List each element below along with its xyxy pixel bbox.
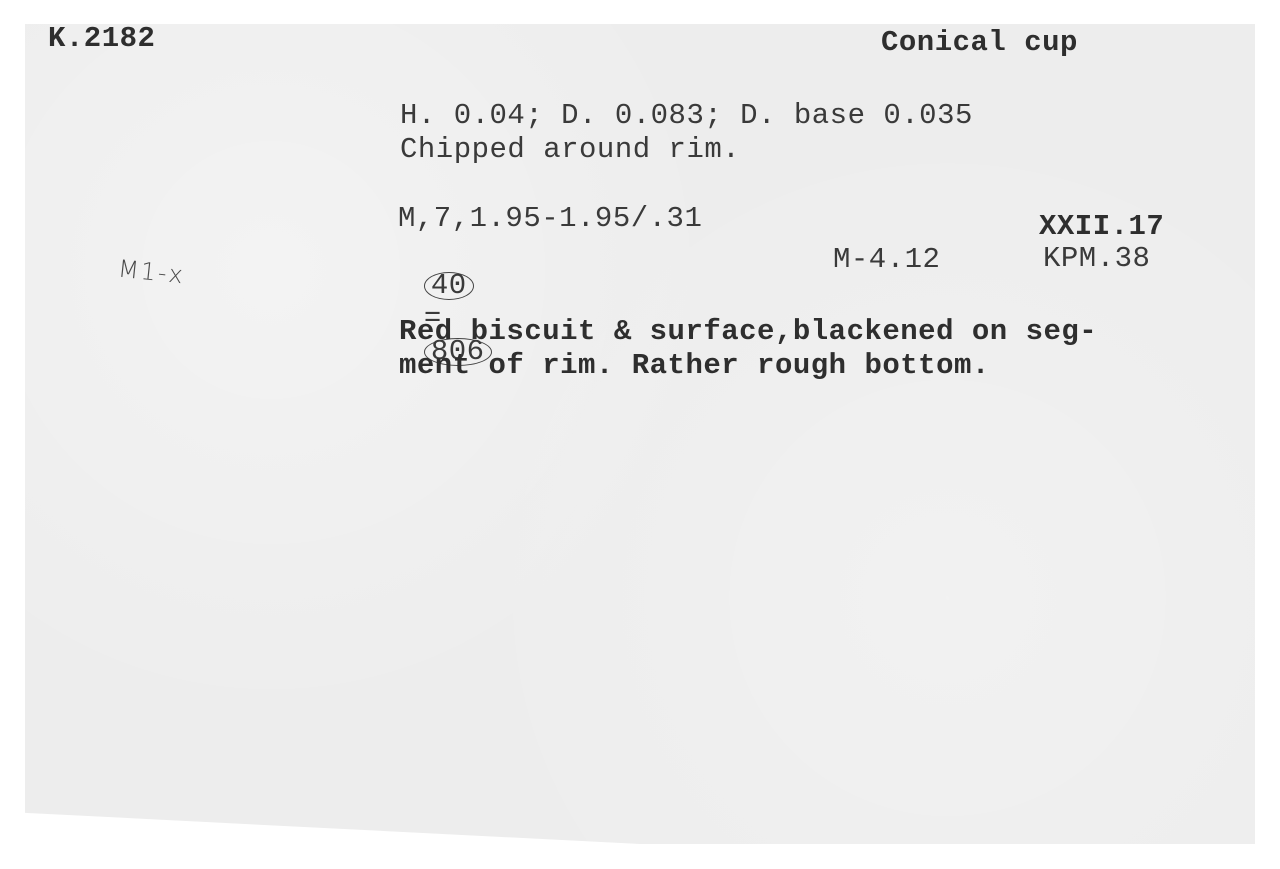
- dimensions: H. 0.04; D. 0.083; D. base 0.035: [400, 99, 973, 132]
- context-code: M-4.12: [833, 243, 940, 276]
- catalogue-reference: KPM.38: [1043, 242, 1150, 275]
- object-name: Conical cup: [881, 26, 1078, 59]
- condition-note: Chipped around rim.: [400, 133, 740, 166]
- description-line-1: Red biscuit & surface,blackened on seg-: [399, 315, 1097, 348]
- findspot-line: M,7,1.95-1.95/.31: [398, 202, 702, 235]
- description-line-2: ment of rim. Rather rough bottom.: [399, 349, 990, 382]
- accession-number: K.2182: [48, 22, 155, 55]
- cross-ref-left: 40: [424, 272, 474, 300]
- plate-reference: XXII.17: [1039, 210, 1164, 243]
